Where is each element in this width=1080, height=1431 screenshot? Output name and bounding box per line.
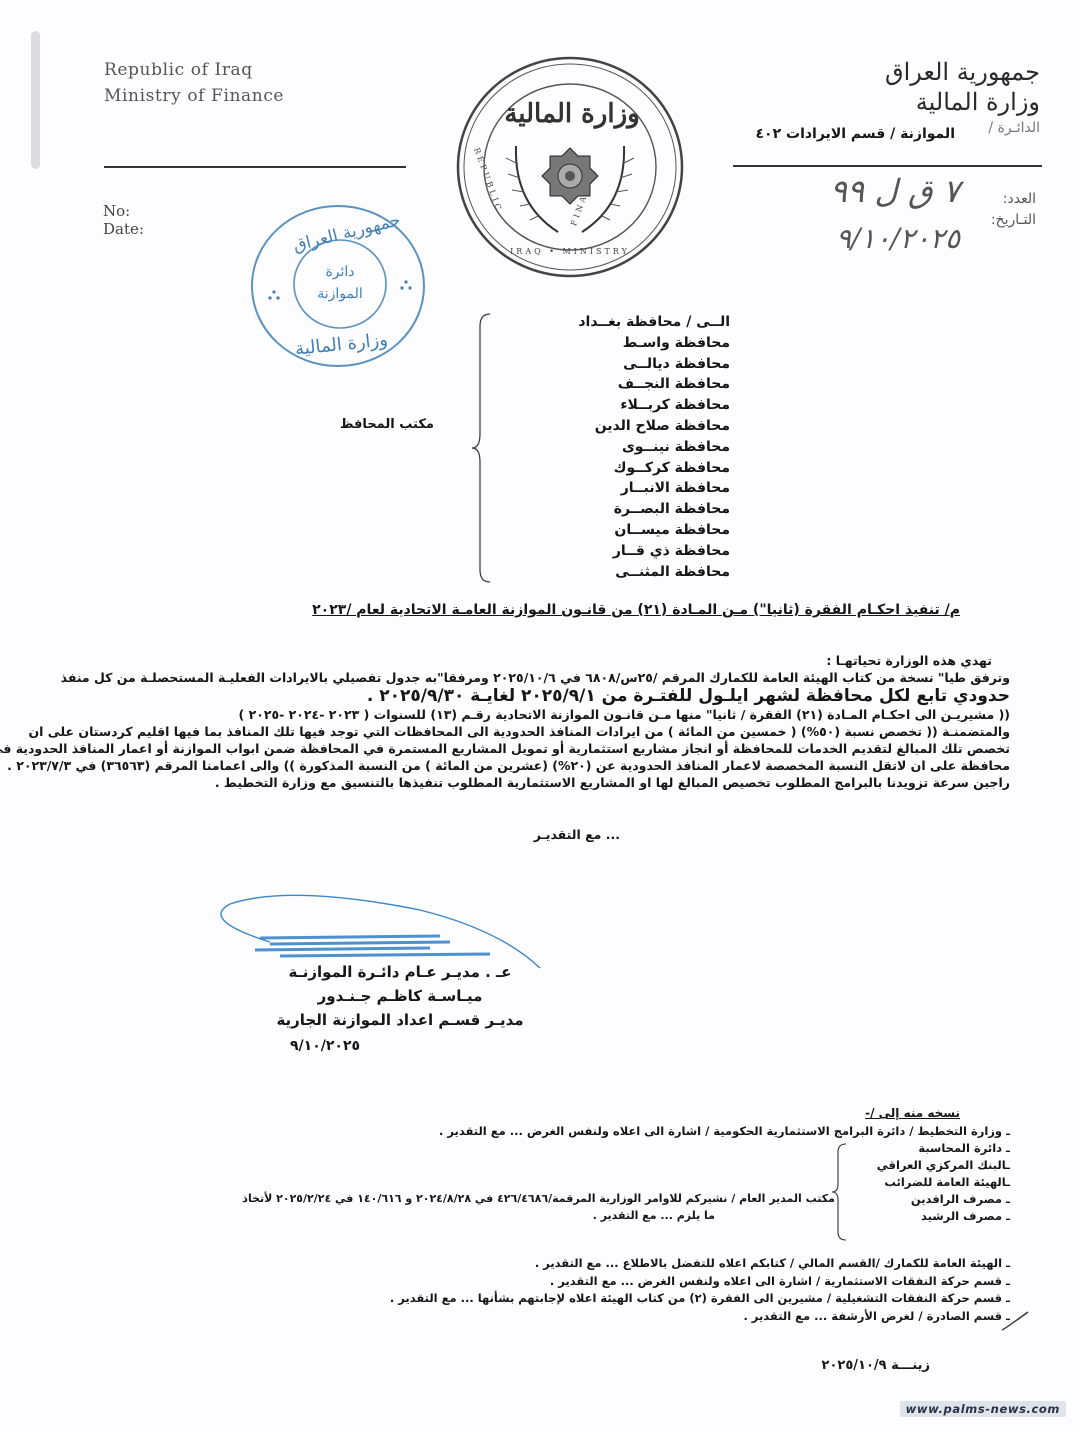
stamp-icon: جمهورية العراق دائرة الموازنة وزارة الما…	[248, 202, 428, 370]
curly-brace-icon	[470, 312, 492, 584]
scrollbar-thumb[interactable]	[31, 31, 40, 169]
body-line: تخصص تلك المبالغ لتقديم الخدمات للمحافظة…	[0, 740, 1010, 757]
ministry-emblem-icon: IRAQ • MINISTRY REPUBLIC FINANCE وزارة ا…	[454, 54, 686, 280]
letterhead-arabic-republic: جمهورية العراق	[885, 58, 1040, 86]
body-greeting: تهدي هذه الوزارة تحياتهـا :	[0, 652, 1010, 669]
checkmark-icon	[1000, 1310, 1030, 1332]
copy-recipient: ـ قسم حركة النفقات الاستثمارية / اشارة ا…	[290, 1273, 1010, 1291]
department-label: الدائـرة /	[988, 120, 1040, 136]
typist-initials-date: زينـــة ٢٠٢٥/١٠/٩	[822, 1358, 930, 1373]
arabic-date-label: التـاريخ:	[991, 212, 1036, 228]
letterhead-english-republic: Republic of Iraq	[104, 60, 253, 80]
copy-recipient: ـالبنك المركزي العراقي	[310, 1157, 1010, 1174]
closing-regards: ... مع التقديـر	[534, 827, 620, 842]
general-director-office-note: مكتب المدير العام / نشيركم للاوامر الوزا…	[155, 1190, 835, 1224]
letter-body: تهدي هذه الوزارة تحياتهـا : وترفق طيا" ن…	[0, 652, 1010, 791]
copy-recipient: ـ وزارة التخطيط / دائرة البرامج الاستثما…	[310, 1123, 1010, 1140]
copy-recipient: ـ قسم الصادرة / لغرض الأرشفة ... مع التق…	[290, 1308, 1010, 1326]
signature-date: ٩/١٠/٢٠٢٥	[290, 1038, 360, 1054]
letterhead-divider-left	[104, 166, 406, 168]
letter-date-handwritten: ٩/١٠/٢٠٢٥	[836, 222, 960, 255]
svg-text:REPUBLIC: REPUBLIC	[472, 147, 504, 214]
copy-recipient: ـ قسم حركة النفقات التشغيلية / مشيرين ال…	[290, 1290, 1010, 1308]
note-line: مكتب المدير العام / نشيركم للاوامر الوزا…	[155, 1190, 835, 1207]
body-line: (( مشيريـن الى احكـام المـادة (٢١) الفقر…	[0, 706, 1010, 723]
body-line: والمتضمنـة (( تخصص نسبة (٥٠%) ( خمسين من…	[0, 723, 1010, 740]
source-watermark: www.palms-news.com	[900, 1401, 1066, 1417]
budget-department-stamp: جمهورية العراق دائرة الموازنة وزارة الما…	[248, 202, 428, 370]
letterhead-divider-right	[733, 165, 1042, 167]
letterhead-english-ministry: Ministry of Finance	[104, 86, 284, 106]
copies-list-secondary: ـ الهيئة العامة للكمارك /القسم المالي / …	[290, 1255, 1010, 1325]
letter-number-handwritten: ٧ ق ل ٩٩	[830, 172, 960, 210]
signatory-name: ميـاسـة كاظـم جـنـدور	[230, 984, 570, 1008]
copy-recipient: ـ دائرة المحاسبة	[310, 1140, 1010, 1157]
note-line: ما يلزم ... مع التقدير .	[155, 1207, 835, 1224]
svg-text:جمهورية العراق: جمهورية العراق	[291, 210, 402, 256]
body-line-period: حدودي تابع لكل محافظة لشهر ايلـول للفتـر…	[0, 686, 1010, 706]
signature-block: عـ . مديـر عـام دائـرة الموازنـة ميـاسـة…	[230, 960, 570, 1032]
svg-text:الموازنة: الموازنة	[317, 286, 363, 302]
body-line: محافظة على ان لاتقل النسبة المخصصة لاعما…	[0, 757, 1010, 774]
svg-text:IRAQ • MINISTRY: IRAQ • MINISTRY	[510, 247, 630, 256]
english-date-label: Date:	[103, 220, 144, 238]
letter-subject: م/ تنفيذ احكـام الفقرة (ثانيا") مـن المـ…	[312, 602, 960, 618]
arabic-no-label: العدد:	[1003, 191, 1036, 207]
ministry-seal-emblem: IRAQ • MINISTRY REPUBLIC FINANCE وزارة ا…	[454, 54, 686, 280]
body-line: راجين سرعة تزويدنا بالبرامج المطلوب تخصي…	[0, 774, 1010, 791]
department-value: الموازنة / قسم الايرادات ٤٠٢	[755, 126, 955, 142]
svg-text:وزارة المالية: وزارة المالية	[294, 329, 389, 360]
copy-recipient: ـ الهيئة العامة للكمارك /القسم المالي / …	[290, 1255, 1010, 1273]
signatory-title: عـ . مديـر عـام دائـرة الموازنـة	[230, 960, 570, 984]
copies-title: نسخه منه إلى /-	[865, 1106, 960, 1120]
signatory-position: مديـر قسـم اعداد الموازنة الجارية	[230, 1008, 570, 1032]
svg-text:دائرة: دائرة	[325, 264, 354, 280]
signature-icon	[200, 890, 560, 970]
svg-text:وزارة المالية: وزارة المالية	[504, 99, 639, 129]
copy-recipient: ـالهيئة العامة للضرائب	[310, 1174, 1010, 1191]
governor-office-label: مكتب المحافظ	[340, 417, 434, 432]
english-no-label: No:	[103, 202, 130, 220]
letterhead-arabic-ministry: وزارة المالية	[916, 88, 1040, 116]
body-line: وترفق طيا" نسخة من كتاب الهيئة العامة لل…	[0, 669, 1010, 686]
